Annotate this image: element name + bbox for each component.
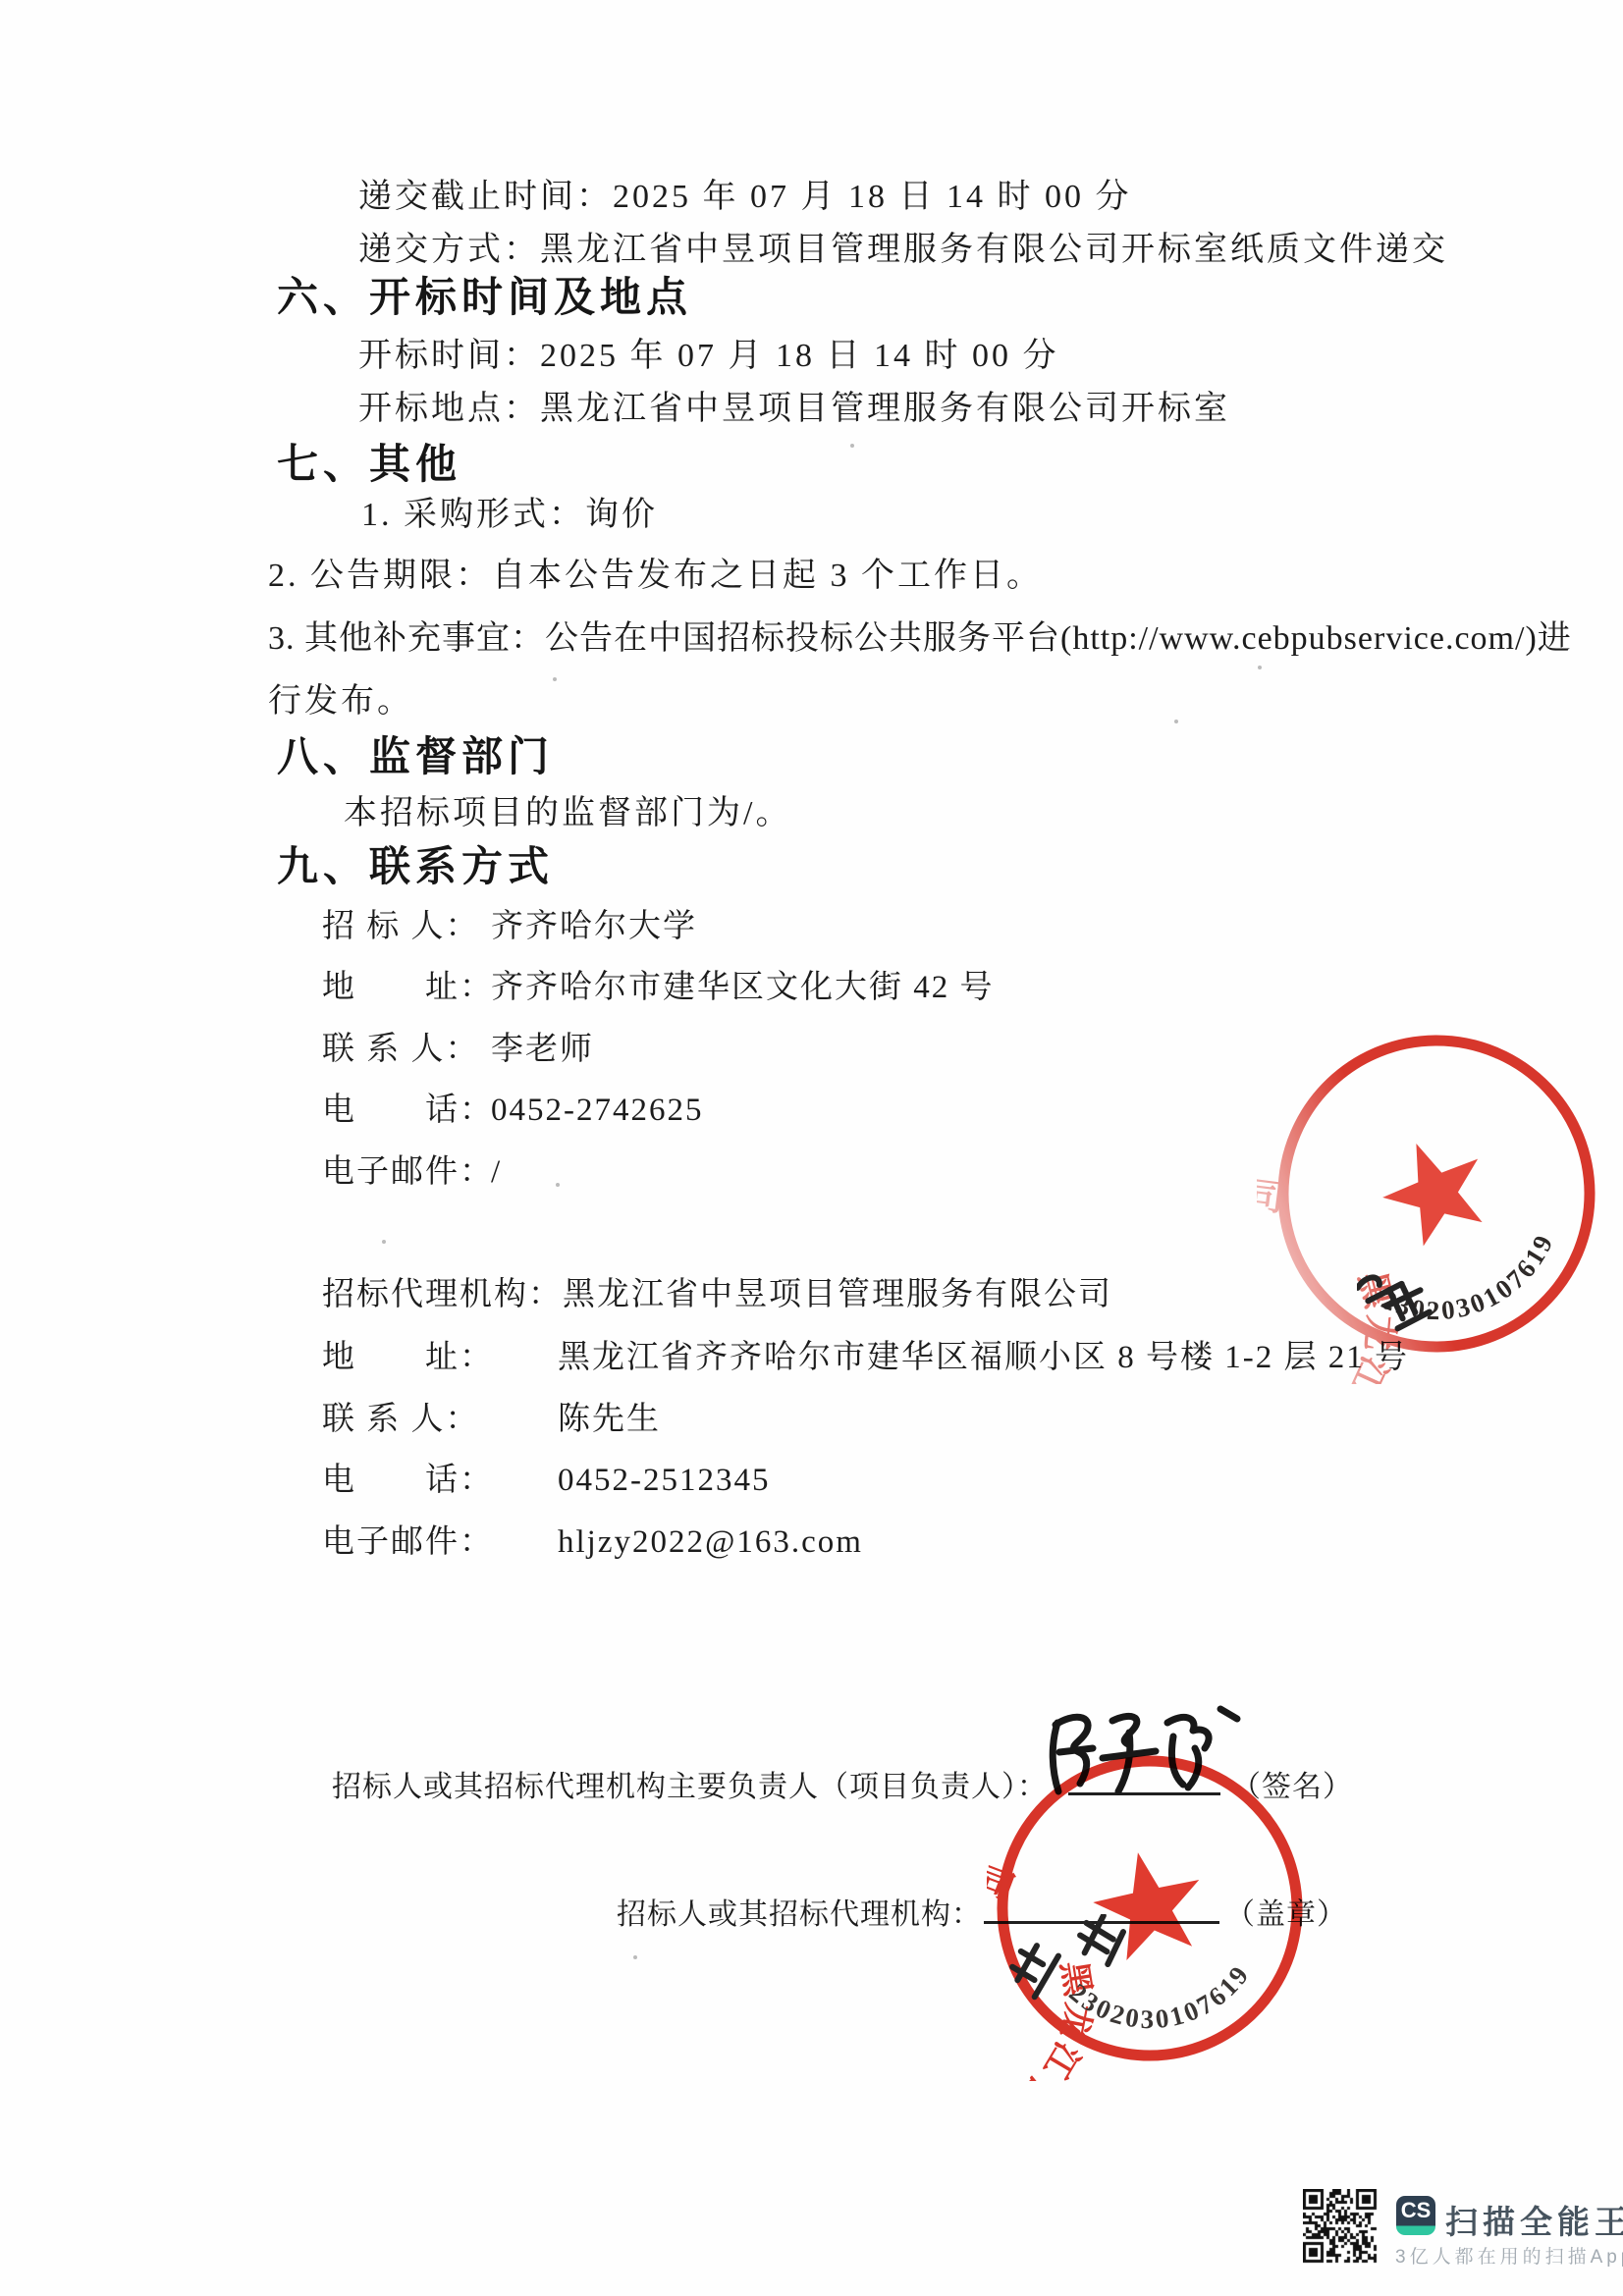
ink-overprint-bottom (1006, 1914, 1154, 2042)
camscanner-logo: CS (1396, 2196, 1435, 2235)
field-label: 电 话： (322, 1084, 491, 1130)
field-label: 联 系 人： (322, 1023, 491, 1069)
seal-star-icon (1369, 1124, 1500, 1253)
camscanner-tagline: 3亿人都在用的扫描App (1395, 2242, 1623, 2269)
field-value: 陈先生 (558, 1402, 661, 1437)
tenderer-contact-row: 联 系 人：李老师 (322, 1023, 594, 1069)
field-value: / (491, 1154, 502, 1190)
field-label: 联 系 人： (322, 1393, 558, 1439)
list-item-notice-period: 2. 公告期限：自本公告发布之日起 3 个工作日。 (268, 548, 1043, 596)
camscanner-logo-text: CS (1401, 2196, 1432, 2225)
agency-phone-row: 电 话：0452-2512345 (322, 1454, 771, 1500)
field-value: 齐齐哈尔大学 (491, 909, 697, 944)
tenderer-email-row: 电子邮件：/ (322, 1146, 502, 1192)
heading-section-nine: 九、联系方式 (277, 834, 554, 893)
field-value: 0452-2742625 (491, 1093, 704, 1128)
field-label: 招标代理机构： (322, 1268, 563, 1314)
list-item-other-matters-cont: 行发布。 (268, 673, 413, 721)
field-value: 齐齐哈尔市建华区文化大街 42 号 (491, 970, 995, 1005)
tenderer-phone-row: 电 话：0452-2742625 (322, 1084, 704, 1130)
open-time-line: 开标时间：2025 年 07 月 18 日 14 时 00 分 (358, 328, 1059, 376)
tenderer-name-row: 招 标 人：齐齐哈尔大学 (322, 900, 697, 946)
heading-section-six: 六、开标时间及地点 (277, 265, 692, 324)
responsible-person-label: 招标人或其招标代理机构主要负责人（项目负责人）： (332, 1762, 1048, 1805)
open-place-line: 开标地点：黑龙江省中昱项目管理服务有限公司开标室 (358, 381, 1230, 429)
field-value: 0452-2512345 (558, 1463, 771, 1498)
field-label: 电子邮件： (322, 1516, 558, 1562)
qr-code (1303, 2189, 1378, 2266)
supervision-line: 本招标项目的监督部门为/。 (344, 785, 791, 833)
agency-name-row: 招标代理机构：黑龙江省中昱项目管理服务有限公司 (322, 1268, 1112, 1314)
tenderer-address-row: 地 址：齐齐哈尔市建华区文化大街 42 号 (322, 961, 995, 1007)
ink-overprint-top (1357, 1258, 1440, 1352)
heading-section-eight: 八、监督部门 (277, 724, 554, 783)
field-label: 地 址： (322, 961, 491, 1007)
field-value: 李老师 (491, 1032, 594, 1067)
agency-email-row: 电子邮件：hljzy2022@163.com (322, 1516, 863, 1562)
agency-contact-row: 联 系 人：陈先生 (322, 1393, 661, 1439)
field-label: 电 话： (322, 1454, 558, 1500)
scanned-document-page: 递交截止时间：2025 年 07 月 18 日 14 时 00 分 递交方式：黑… (0, 0, 1623, 2296)
field-label: 地 址： (322, 1331, 558, 1377)
list-item-purchase-form: 1. 采购形式：询价 (361, 487, 658, 535)
field-value: 黑龙江省中昱项目管理服务有限公司 (563, 1277, 1112, 1312)
heading-section-seven: 七、其他 (277, 432, 461, 491)
field-label: 电子邮件： (322, 1146, 491, 1192)
camscanner-app-name: 扫描全能王 (1445, 2197, 1623, 2243)
field-label: 招 标 人： (322, 900, 491, 946)
field-value: hljzy2022@163.com (558, 1524, 863, 1560)
list-item-other-matters: 3. 其他补充事宜：公告在中国招标投标公共服务平台(http://www.ceb… (268, 611, 1572, 659)
agency-seal-label: 招标人或其招标代理机构： (617, 1890, 982, 1933)
submit-deadline-line: 递交截止时间：2025 年 07 月 18 日 14 时 00 分 (358, 169, 1132, 217)
agency-address-row: 地 址：黑龙江省齐齐哈尔市建华区福顺小区 8 号楼 1-2 层 21 号 (322, 1331, 1409, 1377)
submit-method-line: 递交方式：黑龙江省中昱项目管理服务有限公司开标室纸质文件递交 (358, 222, 1448, 270)
